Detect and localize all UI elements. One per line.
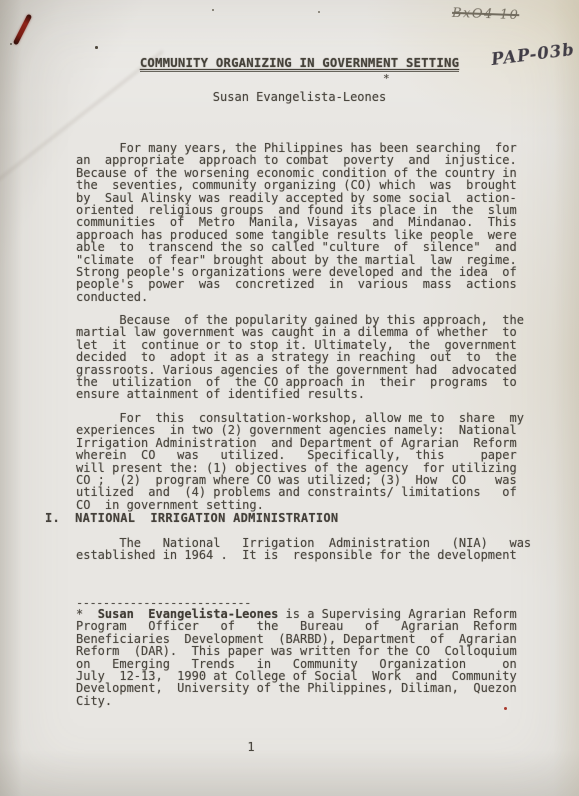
paper-speck (504, 707, 507, 710)
document-page: BxO4-10 PAP-03b COMMUNITY ORGANIZING IN … (0, 0, 579, 796)
paper-speck (212, 9, 214, 11)
handwritten-crossed-out-code: BxO4-10 (452, 6, 520, 23)
author-footnote-asterisk: * (383, 73, 390, 85)
footnote-text: Program Officer of the Bureau of Agraria… (76, 620, 517, 707)
page-number: 1 (76, 741, 426, 753)
section-heading-nia: I. NATIONAL IRRIGATION ADMINISTRATION (45, 512, 338, 524)
document-title: COMMUNITY ORGANIZING IN GOVERNMENT SETTI… (140, 56, 459, 72)
paragraph-3: For this consultation-workshop, allow me… (76, 412, 524, 511)
red-pen-mark (13, 14, 32, 46)
author-name: Susan Evangelista-Leones (213, 90, 386, 104)
paper-speck (318, 11, 320, 13)
author-row: Susan Evangelista-Leones (76, 86, 523, 105)
paper-speck (10, 43, 12, 45)
paragraph-4: The National Irrigation Administration (… (76, 537, 531, 562)
title-row: COMMUNITY ORGANIZING IN GOVERNMENT SETTI… (76, 52, 523, 72)
paragraph-2: Because of the popularity gained by this… (76, 314, 524, 401)
paragraph-1: For many years, the Philippines has been… (76, 142, 517, 303)
paper-speck (95, 46, 98, 49)
footnote: -------------------------- * Susan Evang… (76, 598, 517, 707)
